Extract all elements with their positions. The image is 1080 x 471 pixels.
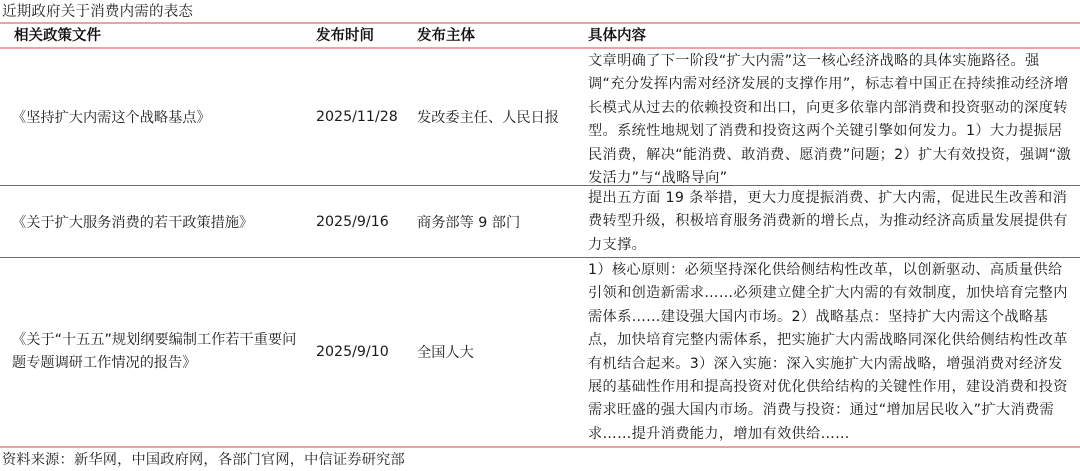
row-content: 提出五方面 19 条举措，更大力度提振消费、扩大内需，促进民生改善和消费转型升级… bbox=[588, 187, 1074, 257]
table-title: 近期政府关于消费内需的表态 bbox=[2, 2, 193, 22]
row-date: 2025/9/10 bbox=[316, 258, 389, 446]
row-publisher: 发改委主任、人民日报 bbox=[417, 49, 559, 184]
row-date: 2025/11/28 bbox=[316, 49, 398, 184]
row-document: 《关于“十五五”规划纲要编制工作若干重要问题专题调研工作情况的报告》 bbox=[12, 258, 297, 446]
row-content: 文章明确了下一阶段“扩大内需”这一核心经济战略的具体实施路径。强调“充分发挥内需… bbox=[588, 50, 1074, 190]
header-date: 发布时间 bbox=[316, 26, 374, 47]
header-publisher: 发布主体 bbox=[417, 26, 475, 47]
header-top-rule bbox=[0, 22, 1080, 24]
row-publisher: 商务部等 9 部门 bbox=[417, 186, 520, 257]
table-bottom-rule bbox=[0, 446, 1080, 448]
row-document: 《关于扩大服务消费的若干政策措施》 bbox=[12, 186, 302, 257]
source-note: 资料来源：新华网，中国政府网，各部门官网，中信证券研究部 bbox=[2, 450, 405, 470]
header-document: 相关政策文件 bbox=[14, 26, 101, 47]
row-date: 2025/9/16 bbox=[316, 186, 389, 257]
row-document: 《坚持扩大内需这个战略基点》 bbox=[12, 49, 302, 184]
row-publisher: 全国人大 bbox=[417, 258, 474, 446]
row-content: 1）核心原则：必须坚持深化供给侧结构性改革，以创新驱动、高质量供给引领和创造新需… bbox=[588, 259, 1074, 446]
header-content: 具体内容 bbox=[588, 26, 646, 47]
